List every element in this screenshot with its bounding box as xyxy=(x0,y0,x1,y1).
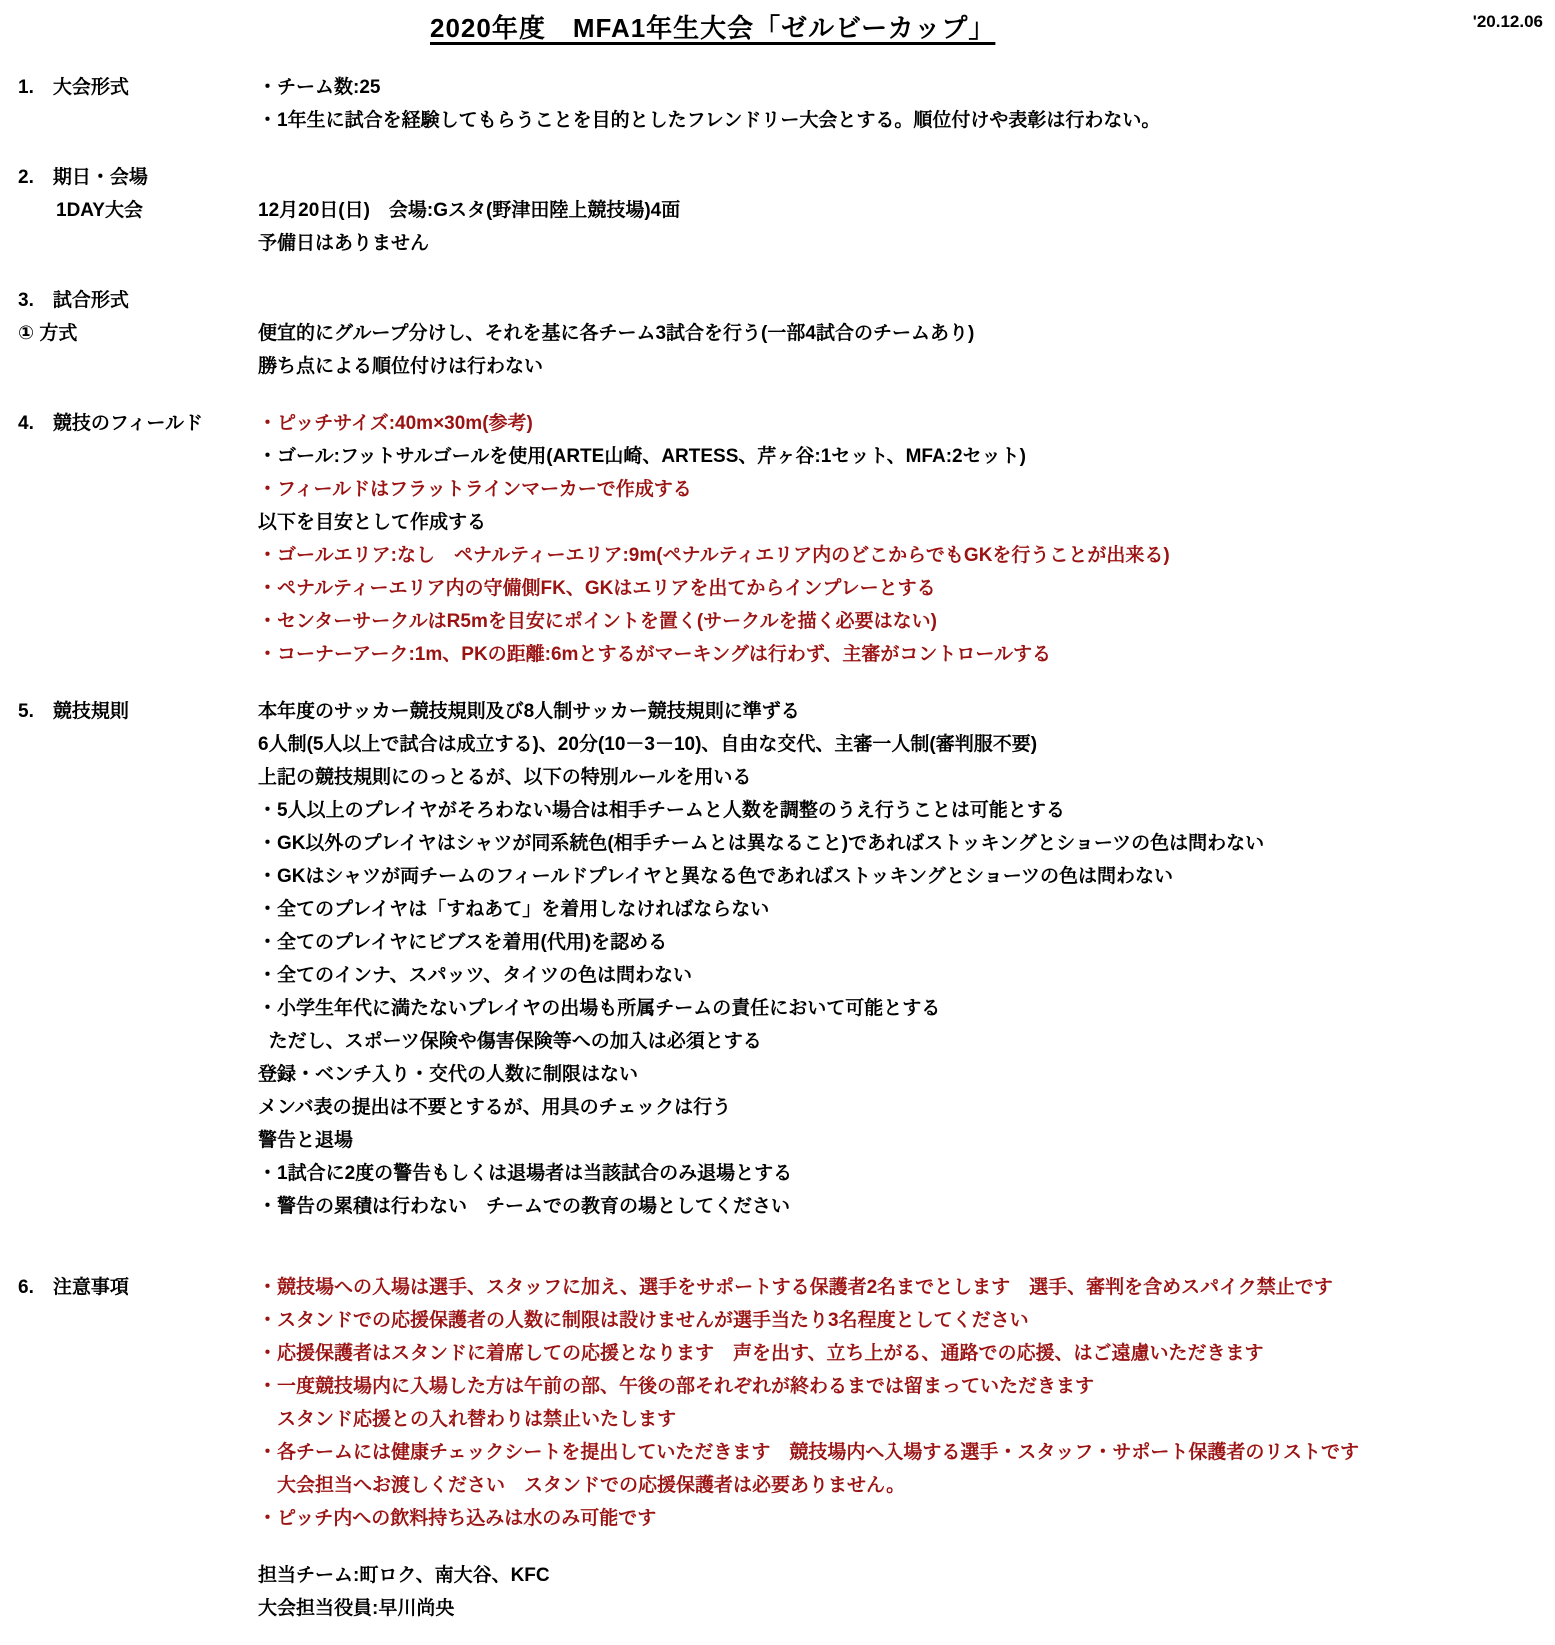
line-left-label xyxy=(18,761,258,794)
line-text: ・ピッチ内への飲料持ち込みは水のみ可能です xyxy=(258,1502,1547,1535)
line-left-label: 2. 期日・会場 xyxy=(18,161,258,194)
document-line: 大会担当役員:早川尚央 xyxy=(18,1592,1547,1625)
line-text: 大会担当役員:早川尚央 xyxy=(258,1592,1547,1625)
document-line: 大会担当へお渡しください スタンドでの応援保護者は必要ありません。 xyxy=(18,1469,1547,1502)
line-text: ・各チームには健康チェックシートを提出していただきます 競技場内へ入場する選手・… xyxy=(258,1436,1547,1469)
line-text: ・GK以外のプレイヤはシャツが同系統色(相手チームとは異なること)であればストッ… xyxy=(258,827,1547,860)
line-left-label xyxy=(18,1157,258,1190)
line-left-label xyxy=(18,1592,258,1625)
line-left-label xyxy=(18,1124,258,1157)
line-left-label xyxy=(18,539,258,572)
line-left-label xyxy=(18,350,258,383)
document-line: ・全てのプレイヤは「すねあて」を着用しなければならない xyxy=(18,893,1547,926)
line-left-label xyxy=(18,794,258,827)
document-line: スタンド応援との入れ替わりは禁止いたします xyxy=(18,1403,1547,1436)
document-line: ・GK以外のプレイヤはシャツが同系統色(相手チームとは異なること)であればストッ… xyxy=(18,827,1547,860)
line-left-label: 1. 大会形式 xyxy=(18,71,258,104)
line-left-label xyxy=(18,1337,258,1370)
line-left-label xyxy=(18,926,258,959)
line-text: 予備日はありません xyxy=(258,227,1547,260)
document-line: ・フィールドはフラットラインマーカーで作成する xyxy=(18,473,1547,506)
document-line: 予備日はありません xyxy=(18,227,1547,260)
line-text: ・ゴール:フットサルゴールを使用(ARTE山崎、ARTESS、芹ヶ谷:1セット、… xyxy=(258,440,1547,473)
document-line: メンバ表の提出は不要とするが、用具のチェックは行う xyxy=(18,1091,1547,1124)
document-line: 2. 期日・会場 xyxy=(18,161,1547,194)
line-text: 登録・ベンチ入り・交代の人数に制限はない xyxy=(258,1058,1547,1091)
document-line: ・警告の累積は行わない チームでの教育の場としてください xyxy=(18,1190,1547,1223)
line-text: ・スタンドでの応援保護者の人数に制限は設けませんが選手当たり3名程度としてくださ… xyxy=(258,1304,1547,1337)
line-left-label: ① 方式 xyxy=(18,317,258,350)
line-left-label: 1DAY大会 xyxy=(18,194,258,227)
line-left-label xyxy=(18,1190,258,1223)
document-line: ・コーナーアーク:1m、PKの距離:6mとするがマーキングは行わず、主審がコント… xyxy=(18,638,1547,671)
document-line: ・GKはシャツが両チームのフィールドプレイヤと異なる色であればストッキングとショ… xyxy=(18,860,1547,893)
line-text: 12月20日(日) 会場:Gスタ(野津田陸上競技場)4面 xyxy=(258,194,1547,227)
line-text xyxy=(258,161,1547,194)
document-body: 1. 大会形式・チーム数:25・1年生に試合を経験してもらうことを目的としたフレ… xyxy=(18,71,1547,1625)
line-text: 上記の競技規則にのっとるが、以下の特別ルールを用いる xyxy=(258,761,1547,794)
document-line: ① 方式便宜的にグループ分けし、それを基に各チーム3試合を行う(一部4試合のチー… xyxy=(18,317,1547,350)
line-left-label xyxy=(18,959,258,992)
line-left-label xyxy=(18,1058,258,1091)
line-text: ただし、スポーツ保険や傷害保険等への加入は必須とする xyxy=(258,1025,1547,1058)
blank-line xyxy=(18,671,1547,695)
line-text: 便宜的にグループ分けし、それを基に各チーム3試合を行う(一部4試合のチームあり) xyxy=(258,317,1547,350)
line-text: スタンド応援との入れ替わりは禁止いたします xyxy=(258,1403,1547,1436)
line-left-label: 3. 試合形式 xyxy=(18,284,258,317)
line-text: ・フィールドはフラットラインマーカーで作成する xyxy=(258,473,1547,506)
document-line: ・ゴールエリア:なし ペナルティーエリア:9m(ペナルティエリア内のどこからでも… xyxy=(18,539,1547,572)
document-line: ・5人以上のプレイヤがそろわない場合は相手チームと人数を調整のうえ行うことは可能… xyxy=(18,794,1547,827)
document-line: ・各チームには健康チェックシートを提出していただきます 競技場内へ入場する選手・… xyxy=(18,1436,1547,1469)
line-left-label xyxy=(18,1025,258,1058)
line-text: ・全てのプレイヤは「すねあて」を着用しなければならない xyxy=(258,893,1547,926)
document-line: 警告と退場 xyxy=(18,1124,1547,1157)
line-left-label xyxy=(18,638,258,671)
document-line: 1DAY大会12月20日(日) 会場:Gスタ(野津田陸上競技場)4面 xyxy=(18,194,1547,227)
document-line: ・ペナルティーエリア内の守備側FK、GKはエリアを出てからインプレーとする xyxy=(18,572,1547,605)
line-left-label xyxy=(18,1469,258,1502)
line-text: ・ペナルティーエリア内の守備側FK、GKはエリアを出てからインプレーとする xyxy=(258,572,1547,605)
line-left-label xyxy=(18,227,258,260)
document-line: ・ピッチ内への飲料持ち込みは水のみ可能です xyxy=(18,1502,1547,1535)
document-line: ・1試合に2度の警告もしくは退場者は当該試合のみ退場とする xyxy=(18,1157,1547,1190)
line-text: ・一度競技場内に入場した方は午前の部、午後の部それぞれが終わるまでは留まっていた… xyxy=(258,1370,1547,1403)
document-line: 4. 競技のフィールド・ピッチサイズ:40m×30m(参考) xyxy=(18,407,1547,440)
line-text: ・全てのプレイヤにビブスを着用(代用)を認める xyxy=(258,926,1547,959)
blank-line xyxy=(18,260,1547,284)
line-text: ・センターサークルはR5mを目安にポイントを置く(サークルを描く必要はない) xyxy=(258,605,1547,638)
line-text: ・コーナーアーク:1m、PKの距離:6mとするがマーキングは行わず、主審がコント… xyxy=(258,638,1547,671)
document-header: 2020年度 MFA1年生大会「ゼルビーカップ」 '20.12.06 xyxy=(18,8,1547,45)
line-left-label xyxy=(18,1304,258,1337)
document-line: ・小学生年代に満たないプレイヤの出場も所属チームの責任において可能とする xyxy=(18,992,1547,1025)
line-text: 警告と退場 xyxy=(258,1124,1547,1157)
line-text: 6人制(5人以上で試合は成立する)、20分(10－3－10)、自由な交代、主審一… xyxy=(258,728,1547,761)
line-text xyxy=(258,284,1547,317)
blank-line xyxy=(18,383,1547,407)
line-left-label xyxy=(18,992,258,1025)
line-text: ・小学生年代に満たないプレイヤの出場も所属チームの責任において可能とする xyxy=(258,992,1547,1025)
line-left-label xyxy=(18,860,258,893)
line-text: ・警告の累積は行わない チームでの教育の場としてください xyxy=(258,1190,1547,1223)
document-line: ・センターサークルはR5mを目安にポイントを置く(サークルを描く必要はない) xyxy=(18,605,1547,638)
document-line: ・全てのプレイヤにビブスを着用(代用)を認める xyxy=(18,926,1547,959)
document-line: 以下を目安として作成する xyxy=(18,506,1547,539)
document-line: 1. 大会形式・チーム数:25 xyxy=(18,71,1547,104)
line-left-label xyxy=(18,440,258,473)
document-date: '20.12.06 xyxy=(1473,8,1547,32)
line-left-label xyxy=(18,506,258,539)
line-text: 大会担当へお渡しください スタンドでの応援保護者は必要ありません。 xyxy=(258,1469,1547,1502)
line-text: 担当チーム:町ロク、南大谷、KFC xyxy=(258,1559,1547,1592)
document-title: 2020年度 MFA1年生大会「ゼルビーカップ」 xyxy=(430,8,995,45)
line-text: ・競技場への入場は選手、スタッフに加え、選手をサポートする保護者2名までとします… xyxy=(258,1271,1547,1304)
document-line: ・スタンドでの応援保護者の人数に制限は設けませんが選手当たり3名程度としてくださ… xyxy=(18,1304,1547,1337)
line-text: ・5人以上のプレイヤがそろわない場合は相手チームと人数を調整のうえ行うことは可能… xyxy=(258,794,1547,827)
document-line: ・応援保護者はスタンドに着席しての応援となります 声を出す、立ち上がる、通路での… xyxy=(18,1337,1547,1370)
line-left-label xyxy=(18,893,258,926)
line-text: ・ピッチサイズ:40m×30m(参考) xyxy=(258,407,1547,440)
line-text: メンバ表の提出は不要とするが、用具のチェックは行う xyxy=(258,1091,1547,1124)
document-line: 担当チーム:町ロク、南大谷、KFC xyxy=(18,1559,1547,1592)
blank-line xyxy=(18,1223,1547,1247)
line-text: ・チーム数:25 xyxy=(258,71,1547,104)
document-line: 上記の競技規則にのっとるが、以下の特別ルールを用いる xyxy=(18,761,1547,794)
line-left-label: 4. 競技のフィールド xyxy=(18,407,258,440)
line-text: ・全てのインナ、スパッツ、タイツの色は問わない xyxy=(258,959,1547,992)
line-left-label: 6. 注意事項 xyxy=(18,1271,258,1304)
line-left-label: 5. 競技規則 xyxy=(18,695,258,728)
line-left-label xyxy=(18,104,258,137)
line-left-label xyxy=(18,572,258,605)
document-line: 5. 競技規則本年度のサッカー競技規則及び8人制サッカー競技規則に準ずる xyxy=(18,695,1547,728)
document-line: ・全てのインナ、スパッツ、タイツの色は問わない xyxy=(18,959,1547,992)
blank-line xyxy=(18,137,1547,161)
line-text: ・1試合に2度の警告もしくは退場者は当該試合のみ退場とする xyxy=(258,1157,1547,1190)
line-left-label xyxy=(18,1502,258,1535)
document-line: ・1年生に試合を経験してもらうことを目的としたフレンドリー大会とする。順位付けや… xyxy=(18,104,1547,137)
line-text: ・GKはシャツが両チームのフィールドプレイヤと異なる色であればストッキングとショ… xyxy=(258,860,1547,893)
document-line: 3. 試合形式 xyxy=(18,284,1547,317)
document-line: 6人制(5人以上で試合は成立する)、20分(10－3－10)、自由な交代、主審一… xyxy=(18,728,1547,761)
line-left-label xyxy=(18,1091,258,1124)
line-left-label xyxy=(18,1436,258,1469)
document-line: ただし、スポーツ保険や傷害保険等への加入は必須とする xyxy=(18,1025,1547,1058)
line-text: 勝ち点による順位付けは行わない xyxy=(258,350,1547,383)
line-text: 以下を目安として作成する xyxy=(258,506,1547,539)
line-text: ・応援保護者はスタンドに着席しての応援となります 声を出す、立ち上がる、通路での… xyxy=(258,1337,1547,1370)
line-left-label xyxy=(18,1559,258,1592)
document-page: { "page": { "title": "2020年度 MFA1年生大会「ゼル… xyxy=(0,0,1555,1645)
document-line: 勝ち点による順位付けは行わない xyxy=(18,350,1547,383)
line-text: ・ゴールエリア:なし ペナルティーエリア:9m(ペナルティエリア内のどこからでも… xyxy=(258,539,1547,572)
line-left-label xyxy=(18,473,258,506)
blank-line xyxy=(18,1247,1547,1271)
line-left-label xyxy=(18,827,258,860)
document-line: 6. 注意事項・競技場への入場は選手、スタッフに加え、選手をサポートする保護者2… xyxy=(18,1271,1547,1304)
line-text: 本年度のサッカー競技規則及び8人制サッカー競技規則に準ずる xyxy=(258,695,1547,728)
line-left-label xyxy=(18,1403,258,1436)
line-left-label xyxy=(18,1370,258,1403)
line-left-label xyxy=(18,605,258,638)
document-line: 登録・ベンチ入り・交代の人数に制限はない xyxy=(18,1058,1547,1091)
line-left-label xyxy=(18,728,258,761)
document-line: ・一度競技場内に入場した方は午前の部、午後の部それぞれが終わるまでは留まっていた… xyxy=(18,1370,1547,1403)
line-text: ・1年生に試合を経験してもらうことを目的としたフレンドリー大会とする。順位付けや… xyxy=(258,104,1547,137)
blank-line xyxy=(18,1535,1547,1559)
document-line: ・ゴール:フットサルゴールを使用(ARTE山崎、ARTESS、芹ヶ谷:1セット、… xyxy=(18,440,1547,473)
